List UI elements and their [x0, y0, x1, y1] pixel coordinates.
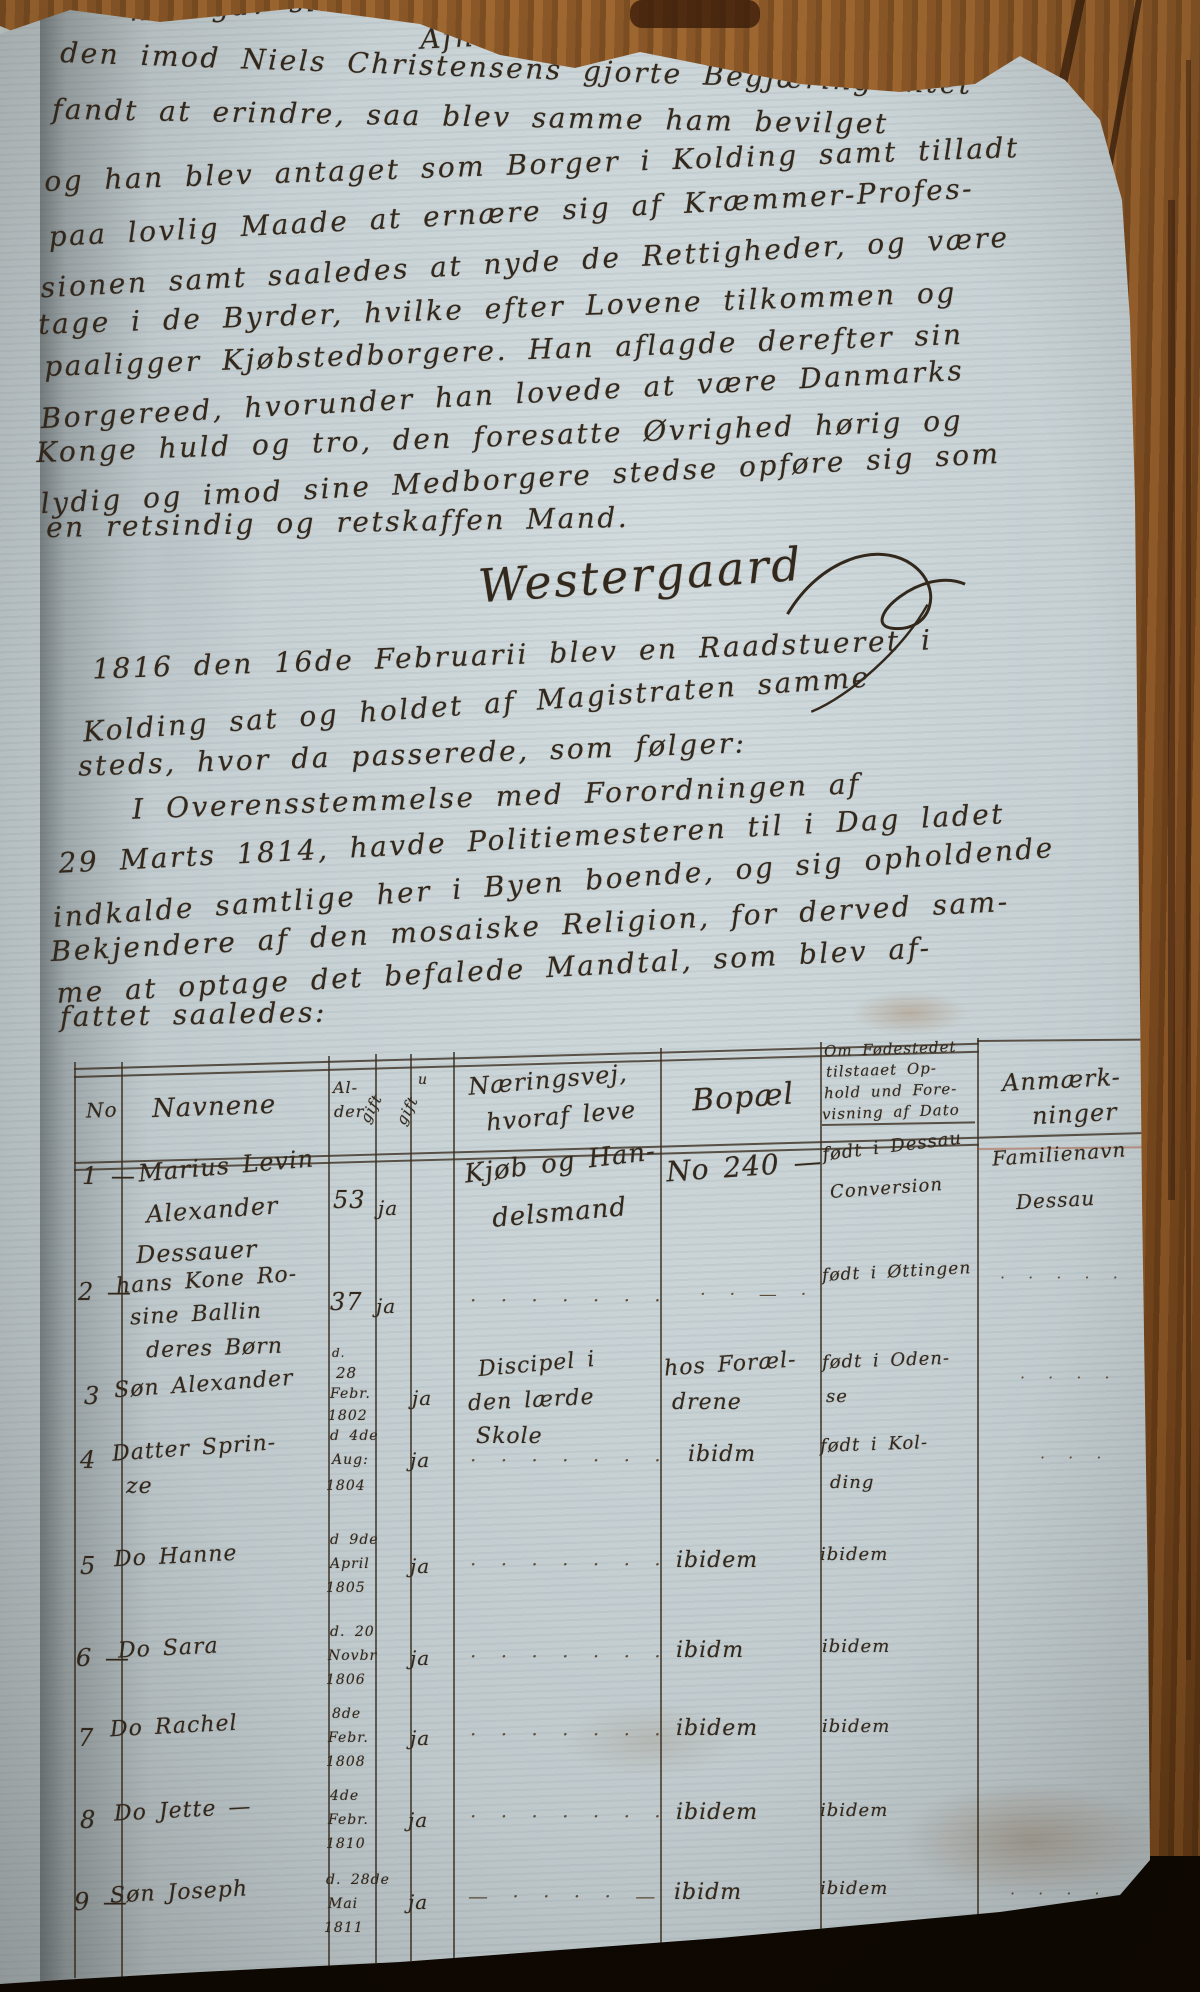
cell-foedested: ibidem [820, 1800, 888, 1821]
cell-ugift: ja [410, 1646, 430, 1670]
cell-alder: d. [332, 1346, 346, 1360]
cell-no: 3 [84, 1382, 100, 1410]
cell-alder: d 4de [330, 1428, 379, 1444]
table-column-line [375, 1054, 377, 1972]
cell-naering: Discipel i [477, 1347, 596, 1382]
cell-ugift: ja [408, 1808, 428, 1832]
table-top-rule [977, 1038, 1152, 1041]
header-navnene: Navnene [152, 1090, 277, 1124]
cell-anm: · · · [1040, 1448, 1108, 1467]
cell-naering: Kjøb og Han- [463, 1136, 658, 1189]
cell-alder: 1810 [326, 1836, 366, 1852]
cell-ugift: ja [410, 1726, 430, 1750]
cell-gift: ja [378, 1196, 398, 1220]
cell-naering: · · · · · · · [470, 1804, 668, 1828]
cell-foedested: Conversion [829, 1174, 943, 1203]
cell-naering: · · · · · · · [470, 1722, 668, 1746]
cell-foedested: ibidem [820, 1878, 888, 1899]
cell-foedested: ibidem [820, 1544, 888, 1565]
cell-bopael: ibidem [676, 1548, 758, 1573]
cell-naering: · · · · · · · [470, 1288, 668, 1312]
cell-no: 7 [78, 1724, 94, 1752]
cell-ugift: ja [408, 1890, 428, 1914]
header-foedested: visning af Dato [822, 1101, 960, 1124]
cell-ugift: ja [412, 1386, 432, 1410]
cell-foedested: ding [830, 1472, 874, 1493]
cell-bopael: ibidm [688, 1442, 756, 1467]
header-foedested: tilstaaet Op- [826, 1059, 937, 1081]
cell-name: Do Sara [117, 1633, 219, 1663]
table-column-line [74, 1062, 76, 1978]
cell-naering: · · · · · · · [470, 1552, 668, 1576]
paper-stain [850, 990, 970, 1036]
cell-alder: Febr. [328, 1812, 369, 1828]
cell-alder: Novbr [328, 1648, 377, 1664]
cell-ugift: ja [410, 1554, 430, 1578]
cell-alder: 37 [330, 1288, 363, 1316]
cell-alder: Mai [328, 1896, 358, 1912]
handwritten-line-clipped: han gav sit samtykke f [129, 0, 540, 28]
signature-westergaard: Westergaard [477, 537, 805, 614]
cell-bopael: · · — · [700, 1284, 813, 1305]
cell-naering: · · · · · · · [470, 1644, 668, 1668]
header-anmaerkninger: Anmærk- [1001, 1063, 1121, 1097]
cell-bopael: drene [672, 1390, 742, 1415]
wood-grain-streak [630, 0, 760, 28]
cell-alder: 8de [332, 1706, 361, 1722]
cell-foedested: ibidem [822, 1636, 890, 1657]
cell-anm: Dessau [1015, 1186, 1095, 1214]
cell-name: Alexander [145, 1191, 279, 1228]
handwritten-line: fandt at erindre, saa blev samme ham bev… [52, 93, 889, 141]
wood-grain-streak [1186, 60, 1191, 1660]
table-column-line [453, 1052, 455, 1968]
cell-alder: 4de [330, 1788, 359, 1804]
cell-name: Do Rachel [109, 1711, 238, 1743]
cell-foedested: født i Øttingen [822, 1258, 972, 1286]
cell-alder: 1802 [328, 1408, 368, 1424]
cell-alder: 1805 [326, 1580, 366, 1596]
cell-foedested: født i Oden- [822, 1348, 951, 1373]
cell-alder: 28 [336, 1364, 357, 1382]
header-ugift: u [418, 1072, 428, 1088]
cell-alder: Aug: [332, 1452, 369, 1468]
cell-name: ze [126, 1474, 153, 1499]
cell-foedested: ibidem [822, 1716, 890, 1737]
handwritten-line: Afhaling × da Magistra [419, 1, 834, 56]
cell-alder: d 9de [330, 1532, 379, 1548]
cell-alder: April [330, 1556, 370, 1572]
cell-name: Marius Levin [137, 1144, 315, 1187]
handwritten-line: den imod Niels Christensens gjorte Begjæ… [60, 36, 974, 101]
handwritten-line: fattet saaledes: [60, 996, 327, 1034]
cell-bopael: ibidm [674, 1880, 742, 1905]
cell-alder: 53 [333, 1186, 366, 1214]
cell-alder: 1808 [326, 1754, 366, 1770]
cell-no: 4 [80, 1446, 96, 1474]
cell-naering: den lærde [467, 1385, 595, 1417]
paper-stain [900, 1780, 1160, 1900]
cell-anm: · · · · · [1000, 1268, 1125, 1287]
page-number: 35 [1019, 21, 1067, 61]
cell-alder: Febr. [330, 1386, 371, 1402]
cell-bopael: ibidm [676, 1638, 744, 1663]
header-anmaerkninger: ninger [1031, 1098, 1118, 1130]
cell-foedested: født i Kol- [820, 1432, 929, 1457]
table-column-line [121, 1062, 123, 1978]
cell-bopael: ibidem [676, 1716, 758, 1741]
cell-no: 5 [80, 1552, 96, 1580]
cell-naering: — · · · · — [468, 1884, 662, 1908]
header-no: No [86, 1097, 118, 1122]
cell-naering: delsmand [491, 1192, 628, 1234]
cell-alder: 1806 [326, 1672, 366, 1688]
wood-grain-streak [1168, 200, 1175, 1200]
cell-naering: Skole [476, 1424, 543, 1449]
cell-alder: Febr. [328, 1730, 369, 1746]
cell-alder: d. 28de [326, 1872, 390, 1888]
cell-bopael: hos Foræl- [663, 1347, 797, 1381]
header-alder: Al- [333, 1078, 358, 1097]
cell-naering: · · · · · · · [470, 1448, 668, 1472]
cell-alder: d. 20 [330, 1624, 375, 1640]
header-naeringsvej: hvoraf leve [485, 1095, 637, 1136]
cell-alder: 1804 [326, 1478, 366, 1494]
header-bopael: Bopæl [691, 1076, 795, 1118]
cell-name: Do Hanne [113, 1541, 238, 1572]
cell-anm: · · · · [1020, 1368, 1117, 1387]
cell-foedested: født i Dessau [821, 1128, 963, 1166]
cell-alder: 1811 [324, 1920, 364, 1936]
table-column-line [977, 1038, 979, 1926]
cell-no: 8 [80, 1806, 96, 1834]
manuscript-page: 35 han gav sit samtykke f Afhaling × da … [0, 0, 1200, 1992]
cell-name: deres Børn [146, 1334, 284, 1364]
cell-gift: ja [376, 1294, 396, 1318]
cell-bopael: ibidem [676, 1800, 758, 1825]
cell-name: Dessauer [135, 1235, 258, 1269]
header-foedested: Om Fødestedet [824, 1038, 957, 1061]
cell-ugift: ja [410, 1448, 430, 1472]
header-ugift: gift [392, 1093, 422, 1128]
cell-anm: Familienavn [991, 1137, 1127, 1170]
header-foedested: hold und Fore- [824, 1080, 958, 1103]
manuscript-photo: er hvo d ei in sig ihn els før sam hnd ø… [0, 0, 1200, 1992]
table-column-line [410, 1054, 412, 1970]
cell-foedested: se [826, 1386, 848, 1407]
cell-no: 1 — [82, 1162, 136, 1190]
